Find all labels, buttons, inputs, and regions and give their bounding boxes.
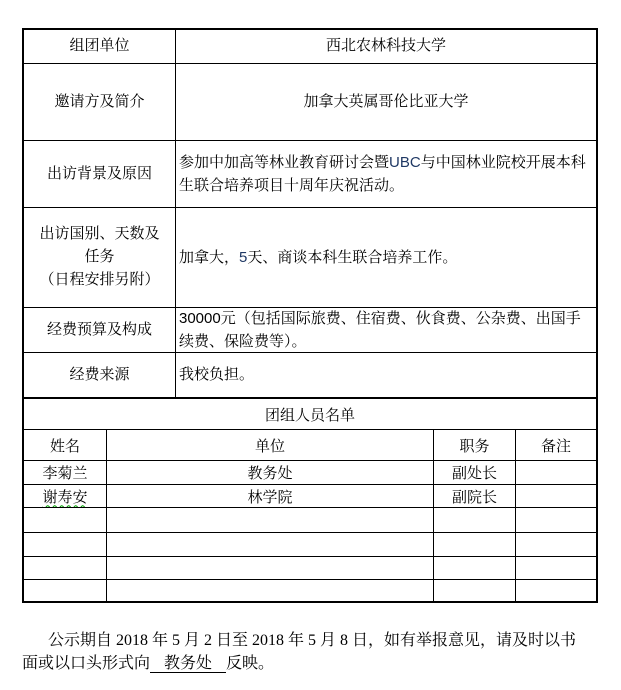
label-visit-background: 出访背景及原因 bbox=[24, 141, 176, 207]
destination-post: 天、商谈本科生联合培养工作。 bbox=[247, 250, 457, 266]
value-destination-days-tasks: 加拿大，5天、商谈本科生联合培养工作。 bbox=[176, 208, 596, 307]
label-budget: 经费预算及构成 bbox=[24, 308, 176, 352]
row-funding-source: 经费来源 我校负担。 bbox=[24, 353, 596, 399]
value-inviting-party: 加拿大英属哥伦比亚大学 bbox=[176, 64, 596, 140]
member-unit: 林学院 bbox=[107, 485, 434, 507]
empty-cell bbox=[24, 508, 107, 532]
visit-background-text: 参加中加高等林业教育研讨会暨UBC与中国林业院校开展本科生联合培养项目十周年庆祝… bbox=[179, 151, 593, 198]
empty-cell bbox=[24, 533, 107, 556]
budget-detail: 元（包括国际旅费、住宿费、伙食费、公杂费、出国手续费、保险费等）。 bbox=[179, 311, 581, 350]
row-organizing-unit: 组团单位 西北农林科技大学 bbox=[24, 30, 596, 64]
value-funding-source: 我校负担。 bbox=[176, 353, 596, 397]
empty-cell bbox=[434, 580, 516, 601]
member-name: 李菊兰 bbox=[24, 461, 107, 484]
row-destination-days-tasks: 出访国别、天数及 任务 （日程安排另附） 加拿大，5天、商谈本科生联合培养工作。 bbox=[24, 208, 596, 308]
member-name: 谢寿安 bbox=[24, 485, 107, 507]
budget-text: 30000元（包括国际旅费、住宿费、伙食费、公杂费、出国手续费、保险费等）。 bbox=[179, 307, 593, 354]
budget-amount: 30000 bbox=[179, 310, 221, 327]
organizing-unit-text: 西北农林科技大学 bbox=[179, 35, 593, 58]
value-budget: 30000元（包括国际旅费、住宿费、伙食费、公杂费、出国手续费、保险费等）。 bbox=[176, 308, 596, 352]
notice-footer: 公示期自 2018 年 5 月 2 日至 2018 年 5 月 8 日，如有举报… bbox=[22, 629, 602, 675]
roster-member-row: 李菊兰 教务处 副处长 bbox=[24, 461, 596, 485]
destination-days-tasks-text: 加拿大，5天、商谈本科生联合培养工作。 bbox=[179, 246, 593, 270]
empty-cell bbox=[107, 580, 434, 601]
contact-department-underlined: 教务处 bbox=[150, 655, 226, 673]
empty-roster-row bbox=[24, 533, 596, 557]
member-position: 副处长 bbox=[434, 461, 516, 484]
member-note bbox=[516, 485, 596, 507]
notice-period-line: 公示期自 2018 年 5 月 2 日至 2018 年 5 月 8 日，如有举报… bbox=[22, 629, 602, 652]
empty-roster-row bbox=[24, 508, 596, 533]
member-name-spellchecked: 谢寿安 bbox=[42, 486, 87, 507]
empty-cell bbox=[516, 580, 596, 601]
roster-header-note: 备注 bbox=[516, 430, 596, 460]
empty-cell bbox=[107, 533, 434, 556]
empty-cell bbox=[24, 557, 107, 579]
row-budget: 经费预算及构成 30000元（包括国际旅费、住宿费、伙食费、公杂费、出国手续费、… bbox=[24, 308, 596, 353]
empty-cell bbox=[434, 533, 516, 556]
empty-cell bbox=[434, 508, 516, 532]
label-funding-source: 经费来源 bbox=[24, 353, 176, 397]
member-note bbox=[516, 461, 596, 484]
empty-roster-row bbox=[24, 557, 596, 580]
empty-cell bbox=[107, 557, 434, 579]
destination-pre: 加拿大， bbox=[179, 250, 239, 266]
empty-cell bbox=[434, 557, 516, 579]
empty-roster-row bbox=[24, 580, 596, 601]
contact-line-prefix: 面或以口头形式向 bbox=[22, 655, 150, 672]
public-notice-document: 组团单位 西北农林科技大学 邀请方及简介 加拿大英属哥伦比亚大学 出访背景及原因… bbox=[0, 0, 621, 690]
contact-line-suffix: 反映。 bbox=[226, 655, 274, 672]
funding-source-text: 我校负担。 bbox=[179, 364, 593, 387]
roster-member-row: 谢寿安 林学院 副院长 bbox=[24, 485, 596, 508]
roster-header-row: 姓名 单位 职务 备注 bbox=[24, 430, 596, 461]
value-organizing-unit: 西北农林科技大学 bbox=[176, 30, 596, 63]
empty-cell bbox=[516, 533, 596, 556]
label-destination-days-tasks: 出访国别、天数及 任务 （日程安排另附） bbox=[24, 208, 176, 307]
roster-header-position: 职务 bbox=[434, 430, 516, 460]
row-inviting-party: 邀请方及简介 加拿大英属哥伦比亚大学 bbox=[24, 64, 596, 141]
roster-header-name: 姓名 bbox=[24, 430, 107, 460]
delegation-form-table: 组团单位 西北农林科技大学 邀请方及简介 加拿大英属哥伦比亚大学 出访背景及原因… bbox=[22, 28, 598, 603]
roster-title: 团组人员名单 bbox=[24, 399, 596, 430]
visit-background-ubc: UBC bbox=[389, 154, 421, 171]
member-unit: 教务处 bbox=[107, 461, 434, 484]
empty-cell bbox=[516, 557, 596, 579]
value-visit-background: 参加中加高等林业教育研讨会暨UBC与中国林业院校开展本科生联合培养项目十周年庆祝… bbox=[176, 141, 596, 207]
inviting-party-text: 加拿大英属哥伦比亚大学 bbox=[179, 91, 593, 114]
notice-contact-line: 面或以口头形式向教务处反映。 bbox=[22, 652, 602, 675]
empty-cell bbox=[107, 508, 434, 532]
empty-cell bbox=[24, 580, 107, 601]
visit-background-pre: 参加中加高等林业教育研讨会暨 bbox=[179, 155, 389, 171]
label-organizing-unit: 组团单位 bbox=[24, 30, 176, 63]
label-inviting-party: 邀请方及简介 bbox=[24, 64, 176, 140]
row-visit-background: 出访背景及原因 参加中加高等林业教育研讨会暨UBC与中国林业院校开展本科生联合培… bbox=[24, 141, 596, 208]
member-position: 副院长 bbox=[434, 485, 516, 507]
roster-header-unit: 单位 bbox=[107, 430, 434, 460]
empty-cell bbox=[516, 508, 596, 532]
